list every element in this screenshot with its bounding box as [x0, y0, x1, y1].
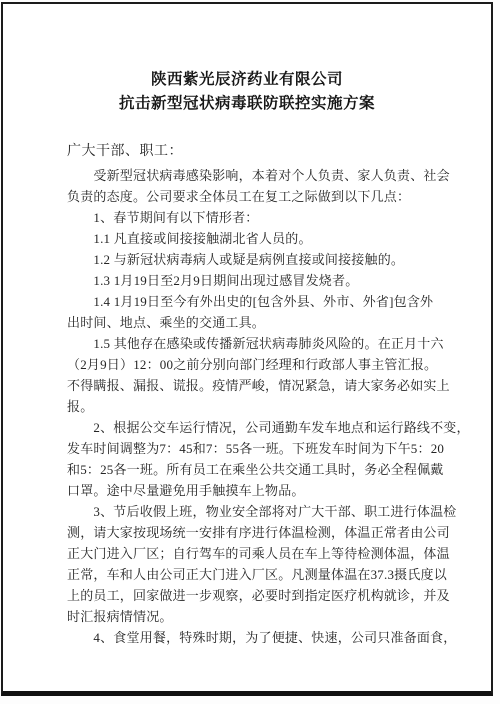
document-line: 1.2 与新冠状病毒病人或疑是病例直接或间接接触的。: [67, 249, 435, 270]
document-line: 正大门进入厂区；自行驾车的司乘人员在车上等待检测体温，体温: [67, 543, 435, 564]
document-line: 1.1 凡直接或间接接触湖北省人员的。: [67, 228, 435, 249]
document-line: 测，请大家按现场统一安排有序进行体温检测，体温正常者由公司: [67, 522, 435, 543]
document-line: 3、节后收假上班，物业安全部将对广大干部、职工进行体温检: [67, 501, 435, 522]
document-line: 发车时间调整为7：45和7：55各一班。下班发车时间为下午5：20: [67, 438, 435, 459]
document-line: 口罩。途中尽量避免用手触摸车上物品。: [67, 480, 435, 501]
document-line: 1、春节期间有以下情形者：: [67, 207, 435, 228]
document-line: 受新型冠状病毒感染影响，本着对个人负责、家人负责、社会: [67, 165, 435, 186]
document-line: 1.5 其他存在感染或传播新冠状病毒肺炎风险的。在正月十六: [67, 333, 435, 354]
document-line: 出时间、地点、乘坐的交通工具。: [67, 312, 435, 333]
document-line: 1.3 1月19日至2月9日期间出现过感冒发烧者。: [67, 270, 435, 291]
scan-background: 陕西紫光辰济药业有限公司 抗击新型冠状病毒联防联控实施方案 广大干部、职工： 受…: [0, 0, 500, 704]
document-page: 陕西紫光辰济药业有限公司 抗击新型冠状病毒联防联控实施方案 广大干部、职工： 受…: [1, 2, 493, 696]
document-line: 2、根据公交车运行情况，公司通勤车发车地点和运行路线不变，: [67, 417, 435, 438]
salutation: 广大干部、职工：: [3, 142, 491, 162]
document-line: （2月9日）12：00之前分别向部门经理和行政部人事主管汇报。: [67, 354, 435, 375]
document-line: 和5：25各一班。所有员工在乘坐公共交通工具时，务必全程佩戴: [67, 459, 435, 480]
document-line: 时汇报病情情况。: [67, 606, 435, 627]
document-line: 上的员工，回家做进一步观察，必要时到指定医疗机构就诊，并及: [67, 585, 435, 606]
document-title-line2: 抗击新型冠状病毒联防联控实施方案: [3, 92, 491, 116]
document-body: 受新型冠状病毒感染影响，本着对个人负责、家人负责、社会 负责的态度。公司要求全体…: [3, 165, 491, 648]
document-line: 负责的态度。公司要求全体员工在复工之际做到以下几点：: [67, 186, 435, 207]
document-line: 不得瞒报、漏报、谎报。疫情严峻，情况紧急，请大家务必如实上: [67, 375, 435, 396]
document-line: 报。: [67, 396, 435, 417]
document-line: 1.4 1月19日至今有外出史的[包含外县、外市、外省]包含外: [67, 291, 435, 312]
document-line: 4、食堂用餐，特殊时期，为了便捷、快速，公司只准备面食，: [67, 627, 435, 648]
document-line: 正常，车和人由公司正大门进入厂区。凡测量体温在37.3摄氏度以: [67, 564, 435, 585]
document-title-line1: 陕西紫光辰济药业有限公司: [3, 68, 491, 92]
